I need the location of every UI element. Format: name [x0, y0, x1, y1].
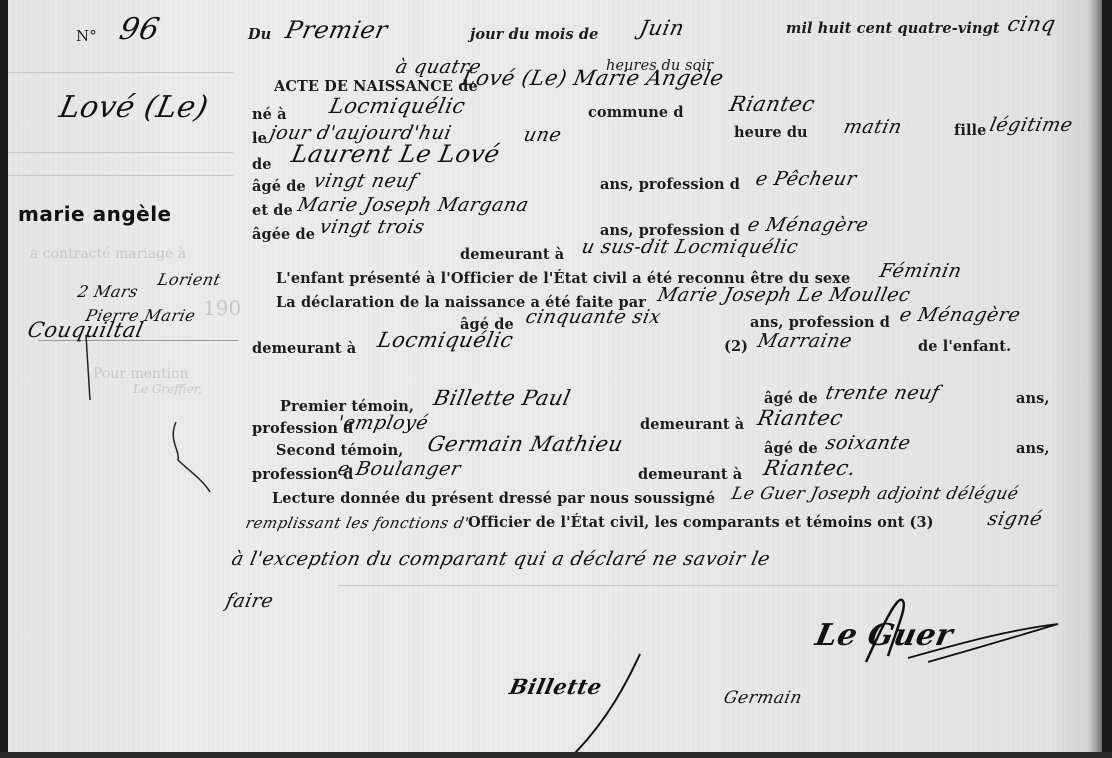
margin-printed-year: 190: [203, 296, 241, 320]
witness1-signature-stroke-icon: [568, 650, 648, 752]
witness2-profession: e Boulanger: [336, 458, 463, 480]
father-name: Laurent Le Lové: [289, 140, 502, 168]
birthplace-value: Locmiquélic: [327, 94, 467, 118]
margin-printed-greffier: Le Greffier,: [133, 382, 202, 396]
declarant-profession: e Ménagère: [898, 304, 1023, 326]
du-label: Du: [248, 26, 271, 43]
margin-marriage-place: Lorient: [156, 270, 223, 289]
declarant-profession-label: ans, profession d: [750, 314, 890, 331]
margin-surname: Lové (Le): [56, 90, 211, 125]
witness1-demeurant-label: demeurant à: [640, 416, 744, 433]
birth-hour-value: une: [522, 124, 564, 146]
closing-line2-hand: remplissant les fonctions d': [244, 514, 471, 532]
declarant-name: Marie Joseph Le Moullec: [656, 284, 913, 306]
father-profession: e Pêcheur: [754, 168, 859, 190]
acte-title: ACTE DE NAISSANCE de: [274, 78, 478, 95]
witness2-label: Second témoin,: [276, 442, 403, 459]
mother-age: vingt trois: [318, 216, 427, 238]
declarant-relation-label: (2): [724, 338, 748, 355]
lecture-label: Lecture donnée du présent dressé par nou…: [272, 490, 715, 507]
closing-line4-hand: faire: [224, 590, 276, 612]
officer-signature-flourish-icon: [848, 596, 1078, 676]
margin-rule: [8, 175, 233, 176]
year-label: mil huit cent quatre-vingt: [786, 20, 1000, 37]
month-value: Juin: [637, 16, 686, 40]
witness1-profession: 'employé: [336, 412, 431, 434]
margin-marriage-date: 2 Mars: [76, 282, 140, 301]
closing-line2-print: Officier de l'État civil, les comparants…: [468, 514, 934, 531]
scan-bottom-border: [0, 752, 1112, 758]
closing-line3-hand: à l'exception du comparant qui a déclaré…: [230, 548, 773, 570]
legitimacy-value: légitime: [988, 114, 1075, 136]
day-value: Premier: [283, 16, 390, 44]
margin-rule: [8, 72, 233, 73]
witness1-age: trente neuf: [824, 382, 942, 404]
officer-name: Le Guer Joseph adjoint délégué: [730, 484, 1021, 504]
mother-profession: e Ménagère: [746, 214, 871, 236]
mother-name: Marie Joseph Margana: [296, 194, 531, 216]
witness2-signature: Germain: [722, 688, 804, 708]
signed-value: signé: [986, 508, 1045, 530]
birth-record-page: N° 96 Lové (Le) marie angèle a contracté…: [8, 0, 1102, 752]
record-number-label: N°: [76, 27, 97, 45]
margin-given-names: marie angèle: [18, 202, 172, 226]
year-word: cinq: [1005, 12, 1058, 36]
fille-label: fille: [954, 122, 987, 139]
father-profession-label: ans, profession d: [600, 176, 740, 193]
declarant-residence: Locmiquélic: [375, 328, 515, 352]
signature-rule: [338, 585, 1058, 586]
declarant-enfant-label: de l'enfant.: [918, 338, 1011, 355]
mother-residence: u sus-dit Locmiquélic: [580, 236, 801, 258]
margin-rule: [8, 152, 233, 153]
declarant-relation: Marraine: [756, 330, 855, 352]
witness1-age-label: âgé de: [764, 390, 818, 407]
margin-stroke-icon: [78, 320, 98, 410]
declarant-age: cinquante six: [524, 306, 664, 328]
jour-label: jour du mois de: [470, 26, 598, 43]
commune-label: commune d: [588, 104, 684, 121]
child-name: Lové (Le) Marie Angèle: [459, 66, 726, 90]
declarant-demeurant-label: demeurant à: [252, 340, 356, 357]
witness1-residence: Riantec: [755, 406, 845, 430]
commune-value: Riantec: [727, 92, 817, 116]
witness2-name: Germain Mathieu: [425, 432, 625, 456]
le-label: le: [252, 130, 267, 147]
mother-demeurant-label: demeurant à: [460, 246, 564, 263]
witness2-age-label: âgé de: [764, 440, 818, 457]
witness1-ans-label: ans,: [1016, 390, 1050, 407]
witness2-demeurant-label: demeurant à: [638, 466, 742, 483]
witness1-name: Billette Paul: [431, 386, 573, 410]
period-value: matin: [842, 116, 904, 138]
witness2-age: soixante: [824, 432, 913, 454]
margin-flourish-icon: [168, 420, 228, 500]
sex-value: Féminin: [878, 260, 964, 282]
ne-label: né à: [252, 106, 287, 123]
mother-age-label: âgée de: [252, 226, 315, 243]
page-right-shadow: [1088, 0, 1102, 752]
margin-printed-marriage: a contracté mariage à: [30, 246, 186, 262]
record-number: 96: [116, 12, 163, 47]
scan-left-border: [0, 0, 8, 758]
witness2-residence: Riantec.: [761, 456, 858, 480]
father-age-label: âgé de: [252, 178, 306, 195]
margin-printed-mention: Pour mention: [93, 366, 189, 382]
heure-label: heure du: [734, 124, 808, 141]
mother-et-de-label: et de: [252, 202, 293, 219]
witness2-ans-label: ans,: [1016, 440, 1050, 457]
father-de-label: de: [252, 156, 272, 173]
father-age: vingt neuf: [312, 170, 419, 192]
